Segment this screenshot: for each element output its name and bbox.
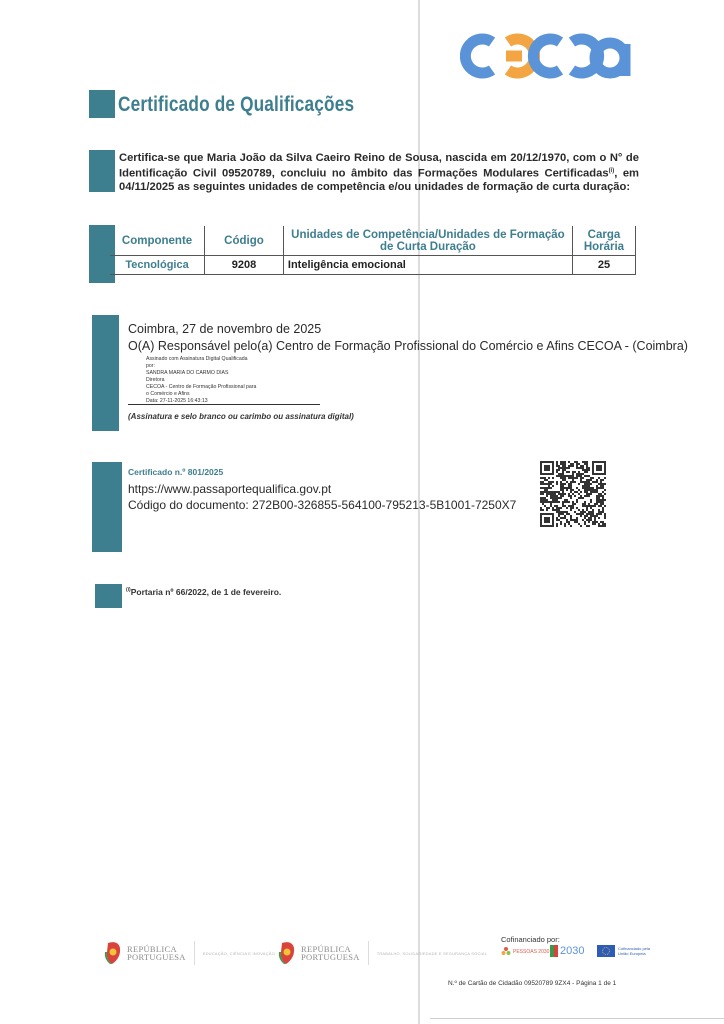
- paper-edge: [430, 1018, 724, 1019]
- place-date: Coimbra, 27 de novembro de 2025: [128, 322, 321, 336]
- signature-line: [128, 404, 320, 405]
- document-code: Código do documento: 272B00-326855-56410…: [128, 498, 516, 512]
- intro-block-marker: [89, 150, 115, 192]
- cofinanced-label: Cofinanciado por:: [501, 935, 560, 944]
- ministry-name: TRABALHO, SOLIDARIEDADE E SEGURANÇA SOCI…: [377, 951, 487, 956]
- sig-line: Assinado com Assinatura Digital Qualific…: [146, 356, 326, 363]
- ministry-name: EDUCAÇÃO, CIÊNCIA E INOVAÇÃO: [203, 951, 275, 956]
- header-carga: Carga Horária: [572, 226, 635, 256]
- republica-logo-labour: REPÚBLICA PORTUGUESA TRABALHO, SOLIDARIE…: [278, 940, 487, 966]
- title-block-marker: [89, 90, 115, 118]
- footnote: (i)Portaria nº 66/2022, de 1 de fevereir…: [126, 587, 281, 597]
- cell-unidade: Inteligência emocional: [283, 256, 572, 275]
- eu-cofinanced-logo: Cofinanciado pela União Europeia: [597, 945, 652, 957]
- pessoas-text: PESSOAS 2030: [513, 949, 549, 955]
- signature-block-marker: [92, 315, 119, 431]
- pessoas-icon: [501, 946, 511, 958]
- qr-code: [540, 461, 606, 527]
- certification-statement: Certifica-se que Maria João da Silva Cae…: [119, 152, 639, 194]
- logo-separator: [194, 941, 195, 965]
- signature-caption: (Assinatura e selo branco ou carimbo ou …: [128, 412, 354, 421]
- sig-line: SANDRA MARIA DO CARMO DIAS: [146, 370, 326, 377]
- header-codigo: Código: [205, 226, 284, 256]
- republica-emblem-icon: [278, 940, 296, 966]
- card-and-page: N.º de Cartão de Cidadão 09520789 9ZX4 -…: [448, 980, 616, 987]
- header-componente: Componente: [110, 226, 205, 256]
- sig-line: CECOA - Centro de Formação Profissional …: [146, 384, 326, 391]
- portugal2030-logo: 2030: [549, 944, 584, 958]
- sig-line: o Comércio e Afins: [146, 391, 326, 398]
- certificate-block-marker: [92, 462, 122, 552]
- republica-line2: PORTUGUESA: [127, 953, 186, 962]
- sig-line: Diretora: [146, 377, 326, 384]
- digital-signature: Assinado com Assinatura Digital Qualific…: [146, 356, 326, 405]
- responsible-entity: O(A) Responsável pelo(a) Centro de Forma…: [128, 339, 688, 353]
- certificate-number: Certificado n.º 801/2025: [128, 467, 223, 477]
- sig-line: por:: [146, 363, 326, 370]
- portugal2030-text: 2030: [560, 945, 584, 957]
- cell-carga: 25: [572, 256, 635, 275]
- eu-text: Cofinanciado pela União Europeia: [618, 946, 652, 956]
- footnote-block-marker: [95, 584, 122, 608]
- units-table: Componente Código Unidades de Competênci…: [110, 226, 636, 275]
- cecoa-logo: [460, 30, 640, 82]
- pessoas2030-logo: PESSOAS 2030: [501, 946, 549, 958]
- portugal2030-icon: [549, 944, 559, 958]
- verification-url[interactable]: https://www.passaportequalifica.gov.pt: [128, 482, 331, 496]
- eu-flag-icon: [597, 945, 615, 957]
- cell-codigo: 9208: [205, 256, 284, 275]
- page-title: Certificado de Qualificações: [118, 93, 354, 117]
- republica-emblem-icon: [104, 940, 122, 966]
- table-row: Tecnológica 9208 Inteligência emocional …: [110, 256, 636, 275]
- cell-componente: Tecnológica: [110, 256, 205, 275]
- header-unidade: Unidades de Competência/Unidades de Form…: [283, 226, 572, 256]
- logo-separator: [368, 941, 369, 965]
- republica-line2: PORTUGUESA: [301, 953, 360, 962]
- republica-logo-education: REPÚBLICA PORTUGUESA EDUCAÇÃO, CIÊNCIA E…: [104, 940, 275, 966]
